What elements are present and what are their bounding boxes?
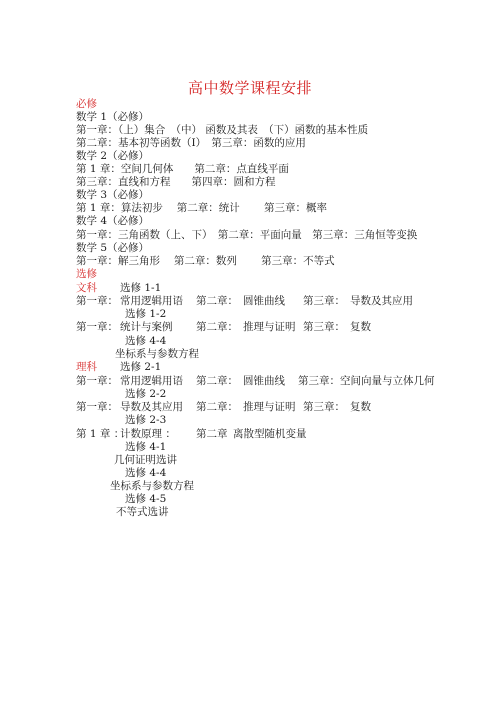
text-segment: 第一章： <box>76 295 120 308</box>
text-segment: 复数 <box>350 321 371 334</box>
text-segment: 导数及其应用 <box>120 401 196 414</box>
text-line: 第一章：解三角形 第二章：数列 第三章：不等式 <box>76 255 335 268</box>
text-segment: 数学 5（必修） <box>76 242 149 255</box>
text-segment: 统计与案例 <box>120 321 196 334</box>
text-line: 不等式选讲 <box>116 506 169 519</box>
text-segment: 第二章： <box>196 321 243 334</box>
text-segment: 文科 <box>76 282 120 295</box>
text-line: 选修 4-1 <box>125 441 166 454</box>
text-line: 文科选修 1-1 <box>76 282 161 295</box>
text-line: 必修 <box>76 98 97 111</box>
text-segment: 理科 <box>76 361 120 374</box>
text-segment: 坐标系与参数方程 <box>110 480 194 493</box>
text-segment: 第二章： <box>196 401 243 414</box>
text-segment: 圆锥曲线 <box>243 295 303 308</box>
text-line: 选修 4-4 <box>125 467 166 480</box>
text-segment: 第一章： <box>76 401 120 414</box>
text-segment: 第一章：三角函数（上、下） 第二章：平面向量 第三章：三角恒等变换 <box>76 229 417 242</box>
document-title: 高中数学课程安排 <box>0 77 500 98</box>
text-segment: 选修 2-3 <box>125 414 166 427</box>
text-segment: 计数原理 ： <box>120 428 196 441</box>
text-segment: 第一章： <box>76 321 120 334</box>
text-line: 第一章：常用逻辑用语第二章：圆锥曲线第三章：空间向量与立体几何 <box>76 375 435 388</box>
text-segment: 选修 2-2 <box>125 388 166 401</box>
text-segment: 选修 2-1 <box>120 361 161 374</box>
text-line: 第一章：常用逻辑用语第二章：圆锥曲线第三章：导数及其应用 <box>76 295 413 308</box>
text-segment: 第一章： <box>76 375 120 388</box>
text-line: 第一章：统计与案例第二章：推理与证明第三章：复数 <box>76 321 371 334</box>
text-line: 第一章：三角函数（上、下） 第二章：平面向量 第三章：三角恒等变换 <box>76 229 417 242</box>
text-line: 第一章：导数及其应用第二章：推理与证明第三章：复数 <box>76 401 371 414</box>
text-segment: 第二章：基本初等函数（I） 第三章：函数的应用 <box>76 137 306 150</box>
text-line: 第一章：（上）集合 （中） 函数及其表 （下）函数的基本性质 <box>76 124 368 137</box>
text-segment: 推理与证明 <box>243 321 303 334</box>
text-segment: 选修 4-4 <box>125 467 166 480</box>
text-segment: 第二章： <box>196 375 243 388</box>
text-line: 选修 4-4 <box>125 335 166 348</box>
text-segment: 第一章：（上）集合 （中） 函数及其表 （下）函数的基本性质 <box>76 124 368 137</box>
text-segment: 第 1 章 ： <box>76 428 120 441</box>
text-segment: 常用逻辑用语 <box>120 375 196 388</box>
text-line: 第二章：基本初等函数（I） 第三章：函数的应用 <box>76 137 306 150</box>
text-segment: 复数 <box>350 401 371 414</box>
text-segment: 选修 4-1 <box>125 441 166 454</box>
text-line: 数学 2（必修） <box>76 150 149 163</box>
text-segment: 数学 2（必修） <box>76 150 149 163</box>
text-segment: 第三章： <box>303 401 350 414</box>
text-line: 理科选修 2-1 <box>76 361 161 374</box>
text-segment: 几何证明选讲 <box>114 454 177 467</box>
text-line: 第 1 章：空间几何体 第二章：点直线平面 <box>76 163 289 176</box>
text-line: 选修 1-2 <box>125 308 166 321</box>
text-line: 选修 <box>76 268 97 281</box>
text-line: 第 1 章 ：计数原理 ：第二章离散型随机变量 <box>76 428 307 441</box>
text-segment: 推理与证明 <box>243 401 303 414</box>
text-segment: 第二章 <box>196 428 233 441</box>
text-line: 选修 2-2 <box>125 388 166 401</box>
text-segment: 选修 4-4 <box>125 335 166 348</box>
text-segment: 第 1 章：算法初步 第二章：统计 第三章：概率 <box>76 202 327 215</box>
text-segment: 常用逻辑用语 <box>120 295 196 308</box>
text-line: 选修 4-5 <box>125 493 166 506</box>
text-segment: 第三章： <box>303 295 350 308</box>
text-segment: 数学 3（必修） <box>76 189 149 202</box>
text-line: 数学 5（必修） <box>76 242 149 255</box>
text-segment: 导数及其应用 <box>350 295 413 308</box>
text-line: 第 1 章：算法初步 第二章：统计 第三章：概率 <box>76 202 327 215</box>
text-segment: 选修 <box>76 268 97 281</box>
text-line: 数学 4（必修） <box>76 215 149 228</box>
text-segment: 坐标系与参数方程 <box>115 348 199 361</box>
text-segment: 第 1 章：空间几何体 第二章：点直线平面 <box>76 163 289 176</box>
text-segment: 第三章：直线和方程 第四章：圆和方程 <box>76 176 276 189</box>
text-segment: 离散型随机变量 <box>233 428 307 441</box>
text-segment: 圆锥曲线 <box>243 375 298 388</box>
text-segment: 第一章：解三角形 第二章：数列 第三章：不等式 <box>76 255 335 268</box>
text-line: 数学 1（必修） <box>76 111 149 124</box>
text-segment: 不等式选讲 <box>116 506 169 519</box>
text-segment: 第二章： <box>196 295 243 308</box>
text-segment: 第三章： <box>303 321 350 334</box>
text-segment: 数学 1（必修） <box>76 111 149 124</box>
text-segment: 选修 1-1 <box>120 282 161 295</box>
text-line: 坐标系与参数方程 <box>110 480 194 493</box>
text-line: 数学 3（必修） <box>76 189 149 202</box>
text-line: 几何证明选讲 <box>114 454 177 467</box>
text-segment: 必修 <box>76 98 97 111</box>
text-segment: 选修 1-2 <box>125 308 166 321</box>
text-line: 坐标系与参数方程 <box>115 348 199 361</box>
text-segment: 选修 4-5 <box>125 493 166 506</box>
text-line: 第三章：直线和方程 第四章：圆和方程 <box>76 176 276 189</box>
text-segment: 数学 4（必修） <box>76 215 149 228</box>
text-segment: 第三章：空间向量与立体几何 <box>298 375 435 388</box>
text-line: 选修 2-3 <box>125 414 166 427</box>
